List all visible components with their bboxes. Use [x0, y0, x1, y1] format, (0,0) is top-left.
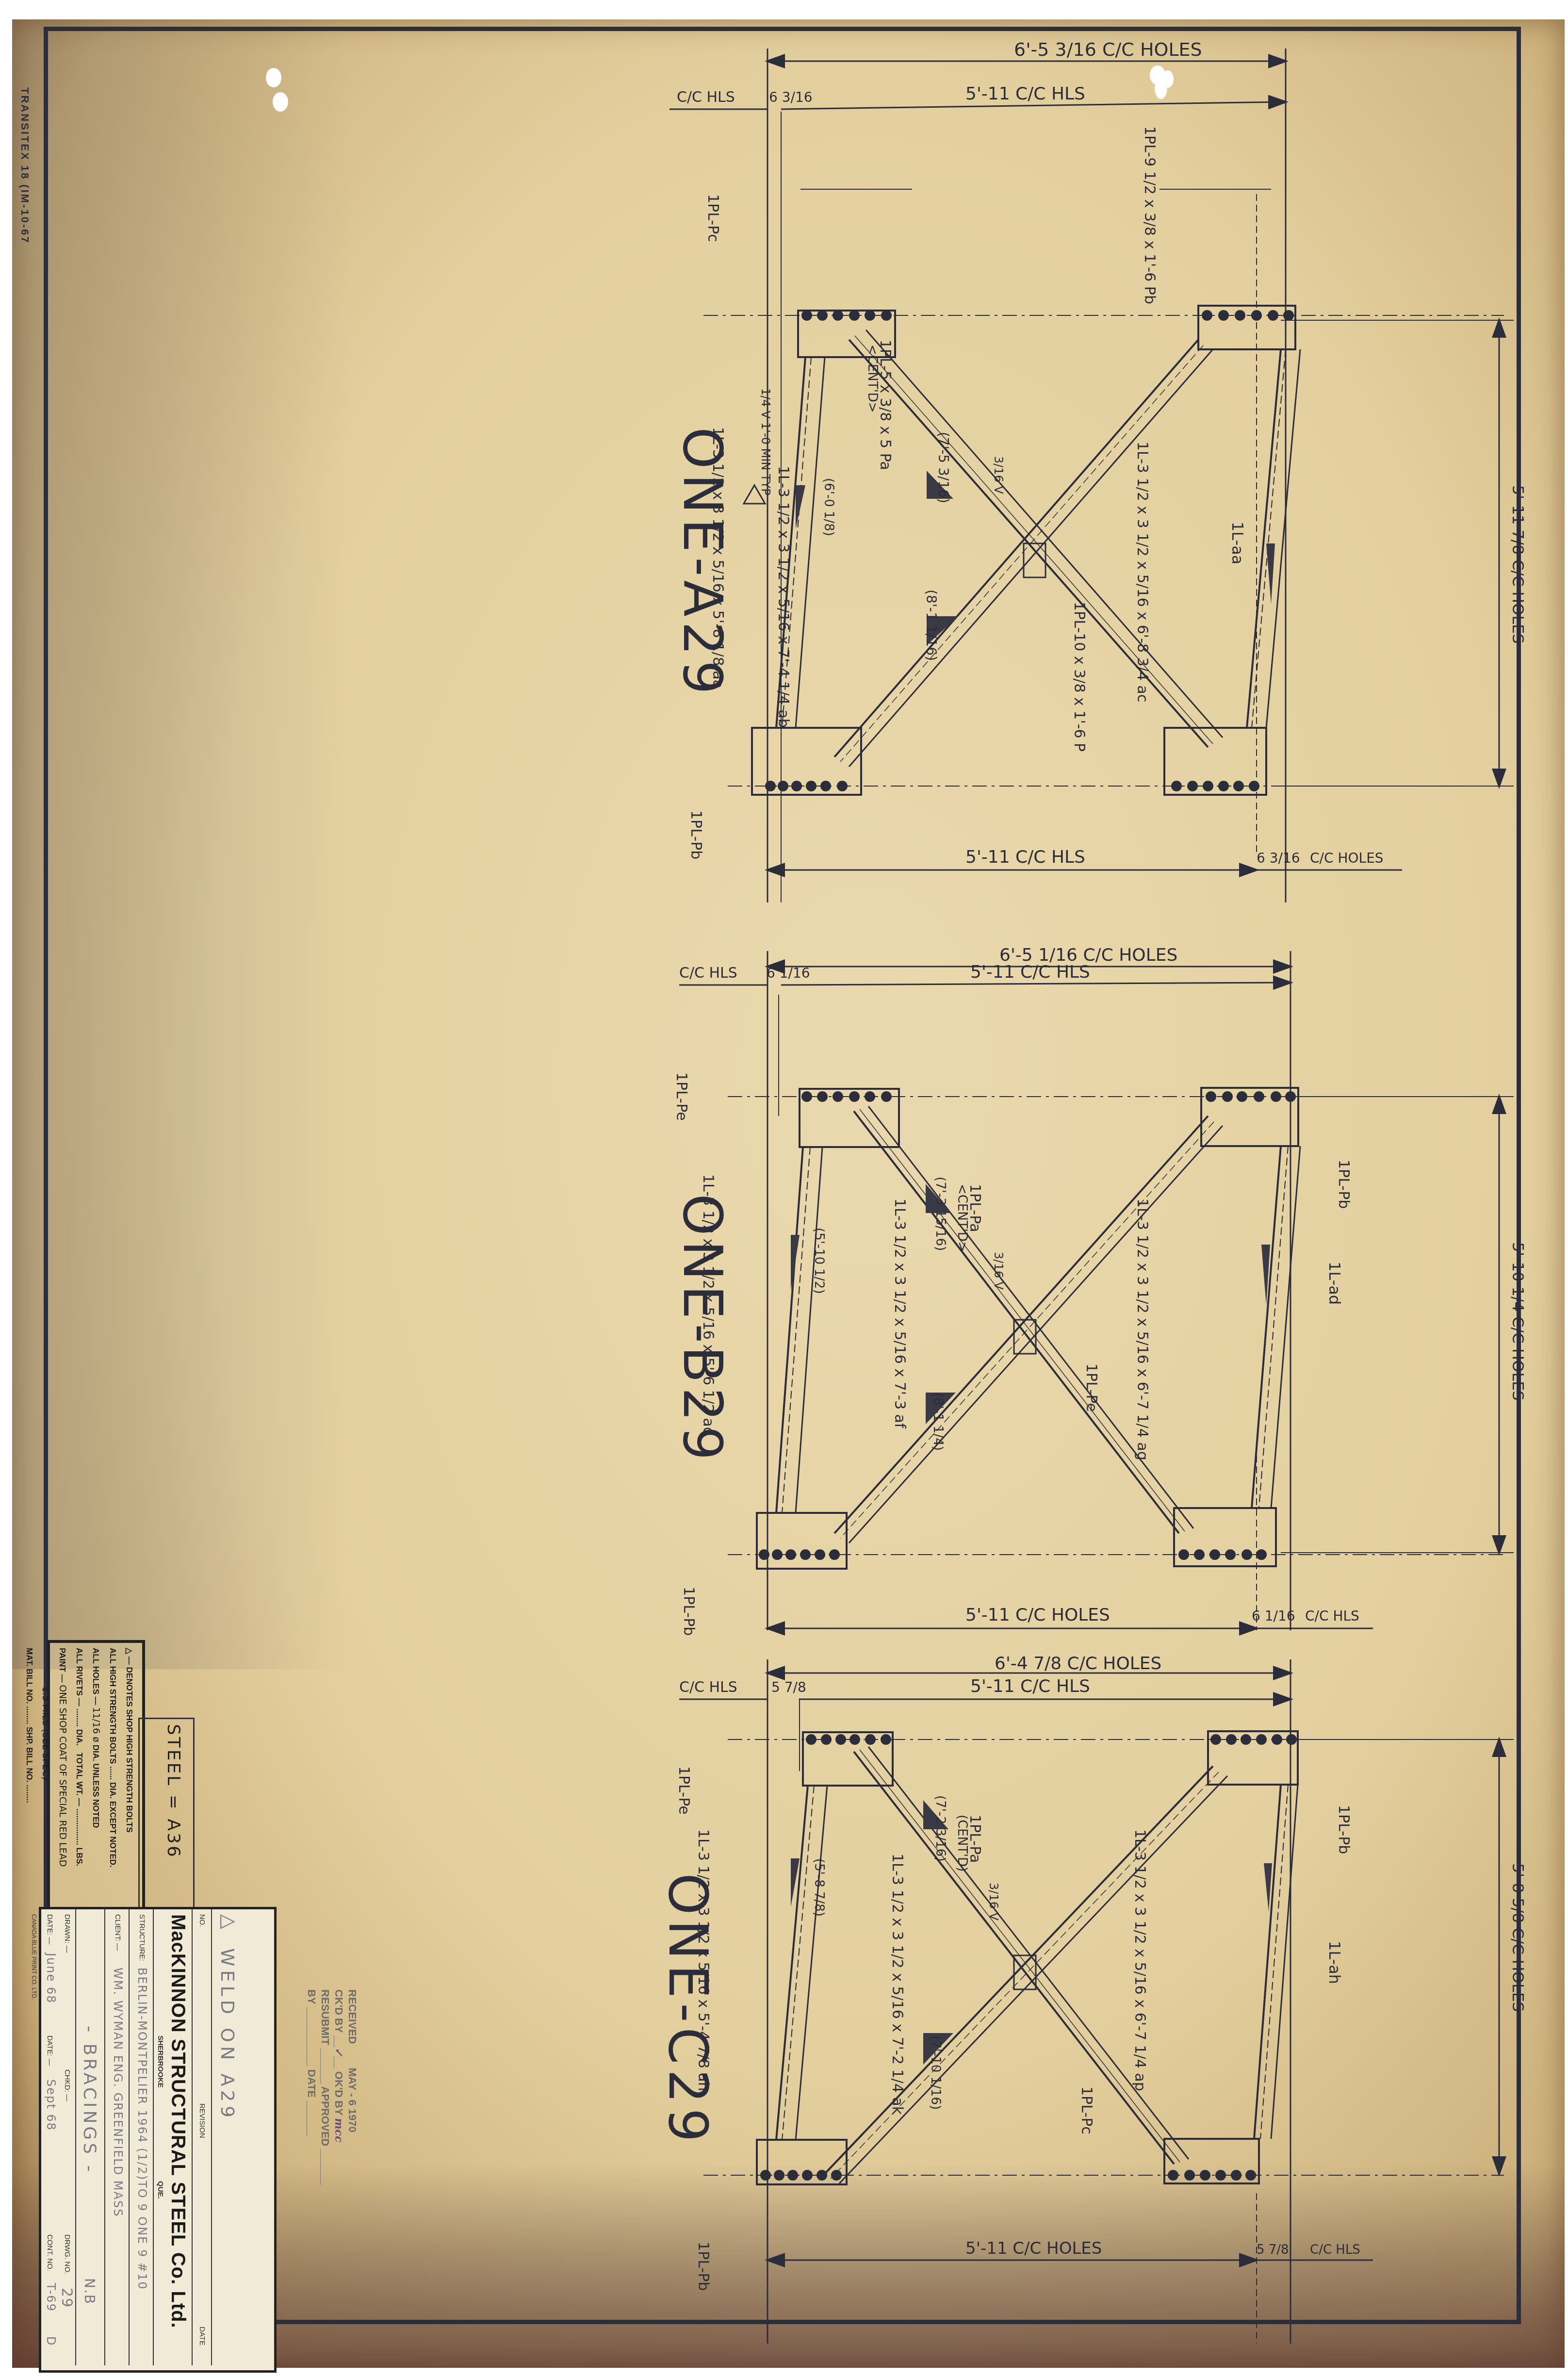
dim-a29-left-offset: 6 3/16 [769, 89, 813, 105]
slope-c29-len-2: (7'-10 1/16) [928, 2035, 943, 2110]
center-weld-a29: 3/16 V [992, 456, 1005, 494]
member-a29-right: 1L-aa [1228, 522, 1247, 564]
gusset-b29-top-right: 1PL-Pb [1335, 1160, 1352, 1209]
dim-c29-bottom-label: C/C HLS [1310, 2243, 1360, 2257]
revision-row: △ WELD ON A29 [211, 1909, 245, 2365]
slope-a29-len-2: (8'-1 1/16) [923, 590, 939, 661]
note-paint-2: 1.5 MILS (SEE SPEC) [37, 1648, 54, 1920]
structure-row: STRUCTURE: BERLIN-MONTPELIER 1964 (1/2)T… [129, 1909, 153, 2365]
member-c29-diag-1: 1L-3 1/2 x 3 1/2 x 5/16 x 7'-2 1/4 ak [889, 1854, 906, 2115]
member-a29-diag-2: 1L-3 1/2 x 3 1/2 x 5/16 x 6'-8 3/4 ac [1134, 442, 1151, 702]
client-value: WM. WYMAN ENG. GREENFIELD MASS [111, 1968, 125, 2217]
dim-a29-bottom-offset: 6 3/16 [1257, 850, 1300, 866]
note-hs-bolts: ALL HIGH STRENGTH BOLTS ...... DIA. EXCE… [104, 1648, 121, 1920]
dim-a29-bottom-label: C/C HOLES [1310, 850, 1384, 866]
revision-text: WELD ON A29 [217, 1948, 238, 2121]
note-rivets: ALL RIVETS — ........ DIA. TOTAL WT. — .… [71, 1648, 87, 1920]
dim-a29-vertical: 5'-11 7/8 C/C HOLES [1509, 485, 1527, 644]
slope-c29-len-3: (5'-8 7/8) [812, 1858, 826, 1917]
dim-a29-left-label: C/C HLS [677, 89, 735, 106]
member-c29-left: 1L-3 1/2 x 3 1/2 x 5/16 x 5'-4 7/8 ah [695, 1829, 712, 2091]
dim-b29-span: 5'-11 C/C HLS [970, 962, 1090, 982]
revision-symbol: △ [218, 1914, 240, 1930]
dim-a29-overall: 6'-5 3/16 C/C HOLES [1014, 39, 1202, 60]
member-b29-diag-2: 1L-3 1/2 x 3 1/2 x 5/16 x 6'-7 1/4 ag [1134, 1198, 1151, 1460]
note-paint: PAINT — ONE SHOP COAT OF SPECIAL RED LEA… [54, 1648, 71, 1920]
dim-b29-left-offset: 6 1/16 [767, 965, 810, 981]
slope-b29-len-2: (8'-1 1/4) [931, 1393, 945, 1451]
dim-c29-span: 5'-11 C/C HLS [970, 1676, 1090, 1696]
member-b29-left: 1L-3 1/2 x 3 1/2 x 5/16 x 5'-6 1/2 ad [700, 1174, 717, 1436]
steel-spec: STEEL = A36 [163, 1724, 183, 1859]
drawing-number: 29 [58, 2288, 75, 2308]
gusset-c29-bottom-right: 1PL-Pc [1078, 2086, 1095, 2134]
panel-one-a29 [670, 49, 1514, 902]
gusset-b29-bottom-right: 1PL-Pe [1083, 1363, 1100, 1412]
stamp-date: MAY - 6 1970 [346, 2067, 359, 2132]
description-row: - BRACINGS - N.B [75, 1909, 104, 2365]
printer-credit: CANADA BLUE PRINT CO. LTD. [31, 1914, 37, 2000]
member-b29-right: 1L-ad [1325, 1262, 1344, 1305]
gusset-a29-top-left: 1PL-Pc [704, 194, 721, 242]
slope-b29-len-3: (5'-10 1/2) [812, 1228, 826, 1294]
weld-note-a29: 1/4 V 1'-0 MIN TYP [759, 388, 772, 495]
received-stamp: RECEIVED MAY - 6 1970 CK'D BY __✓__ OK'D… [296, 1989, 364, 2174]
revision-header: NO. REVISION DATE [192, 1909, 211, 2365]
date-row: DATE: — June 68 DATE: — Sept 68 CONT. NO… [41, 1909, 58, 2365]
drawing-description: - BRACINGS - [80, 2026, 99, 2175]
dim-b29-bottom-offset: 6 1/16 [1252, 1608, 1295, 1624]
panel-one-b29 [679, 951, 1514, 1630]
client-row: CLIENT: — WM. WYMAN ENG. GREENFIELD MASS [104, 1909, 129, 2365]
gusset-c29-top-right: 1PL-Pb [1335, 1805, 1352, 1854]
center-plate-c29-note: (CENT'D) [955, 1815, 969, 1871]
dim-b29-vertical: 5'-10 1/4 C/C HOLES [1509, 1242, 1527, 1401]
title-block: △ WELD ON A29 NO. REVISION DATE MacKINNO… [39, 1907, 277, 2373]
slope-a29-len-1: (7'-5 3/16) [935, 432, 951, 503]
center-weld-c29: 3/16 V [987, 1883, 1000, 1921]
gusset-b29-top-left: 1PL-Pe [673, 1072, 690, 1121]
gusset-a29-bottom-left: 1PL-Pb [687, 810, 704, 859]
stamp-signature: mcc [332, 2118, 345, 2142]
note-holes: ALL HOLES — 11/16 ø DIA. UNLESS NOTED [87, 1648, 104, 1920]
member-c29-diag-2: 1L-3 1/2 x 3 1/2 x 5/16 x 6'-7 1/4 ap [1131, 1829, 1148, 2091]
title-block-area: △ — DENOTES SHOP HIGH STRENGTH BOLTS ALL… [17, 1640, 308, 2378]
slope-c29-len-1: (7'-2 3/16) [933, 1795, 947, 1862]
gusset-b29-bottom-left: 1PL-Pb [680, 1587, 697, 1636]
member-b29-diag-1: 1L-3 1/2 x 3 1/2 x 5/16 x 7'-3 af [891, 1198, 908, 1429]
center-weld-b29: 3/16 V [992, 1252, 1005, 1290]
company-name: MacKINNON STRUCTURAL STEEL Co. Ltd. [167, 1914, 189, 2329]
center-plate-a29-note: <CENT'D> [865, 345, 880, 413]
dim-c29-bottom-span: 5'-11 C/C HOLES [965, 2239, 1102, 2258]
contract-number: T-69 [44, 2283, 58, 2312]
steel-spec-box: STEEL = A36 [138, 1718, 195, 1915]
dim-c29-overall: 6'-4 7/8 C/C HOLES [995, 1654, 1161, 1674]
slope-a29-len-3: (6'-0 1/8) [821, 478, 836, 536]
center-plate-a29-2: 1PL-10 x 3/8 x 1'-6 P [1071, 602, 1088, 752]
dim-c29-bottom-offset: 5 7/8 [1257, 2243, 1289, 2257]
dim-c29-left-offset: 5 7/8 [771, 1679, 806, 1695]
gusset-c29-top-left: 1PL-Pe [675, 1766, 692, 1815]
dim-b29-left-label: C/C HLS [679, 965, 737, 982]
dim-b29-bottom-label: C/C HLS [1305, 1608, 1359, 1624]
member-a29-left: 1L-3 1/2 x 3 1/2 x 5/16 x 5'-8 1/8 aa [709, 427, 726, 689]
center-plate-b29-note: <CENT'D> [955, 1184, 969, 1252]
note-bill-numbers: MAT. BILL NO. ........ SHP. BILL NO. ...… [21, 1648, 37, 1920]
structure-value: BERLIN-MONTPELIER 1964 (1/2)TO 9 ONE 9 #… [135, 1968, 149, 2290]
gusset-a29-top-right: 1PL-9 1/2 x 3/8 x 1'-6 Pb [1141, 126, 1158, 304]
dim-c29-vertical: 5'-8 5/8 C/C HOLES [1509, 1863, 1527, 2012]
general-notes: △ — DENOTES SHOP HIGH STRENGTH BOLTS ALL… [47, 1640, 145, 1922]
gusset-c29-bottom-left: 1PL-Pb [695, 2242, 712, 2291]
dim-c29-left-label: C/C HLS [679, 1679, 737, 1696]
company-row: MacKINNON STRUCTURAL STEEL Co. Ltd. SHER… [153, 1909, 192, 2365]
dim-a29-span: 5'-11 C/C HLS [965, 84, 1085, 104]
member-c29-right: 1L-ah [1325, 1941, 1344, 1984]
dim-a29-bottom-span: 5'-11 C/C HLS [965, 847, 1085, 867]
slope-b29-len-1: (7'-3 15/16) [933, 1177, 947, 1251]
note-shop-bolts: △ — DENOTES SHOP HIGH STRENGTH BOLTS [121, 1648, 137, 1920]
dim-b29-bottom-span: 5'-11 C/C HOLES [965, 1605, 1110, 1625]
member-a29-diag-1: 1L-3 1/2 x 3 1/2 x 5/16 x 7'-4 1/4 ab [775, 466, 792, 728]
drawn-row: DRAWN: — CHKD: — DRWG. NO. 29 [58, 1909, 75, 2365]
